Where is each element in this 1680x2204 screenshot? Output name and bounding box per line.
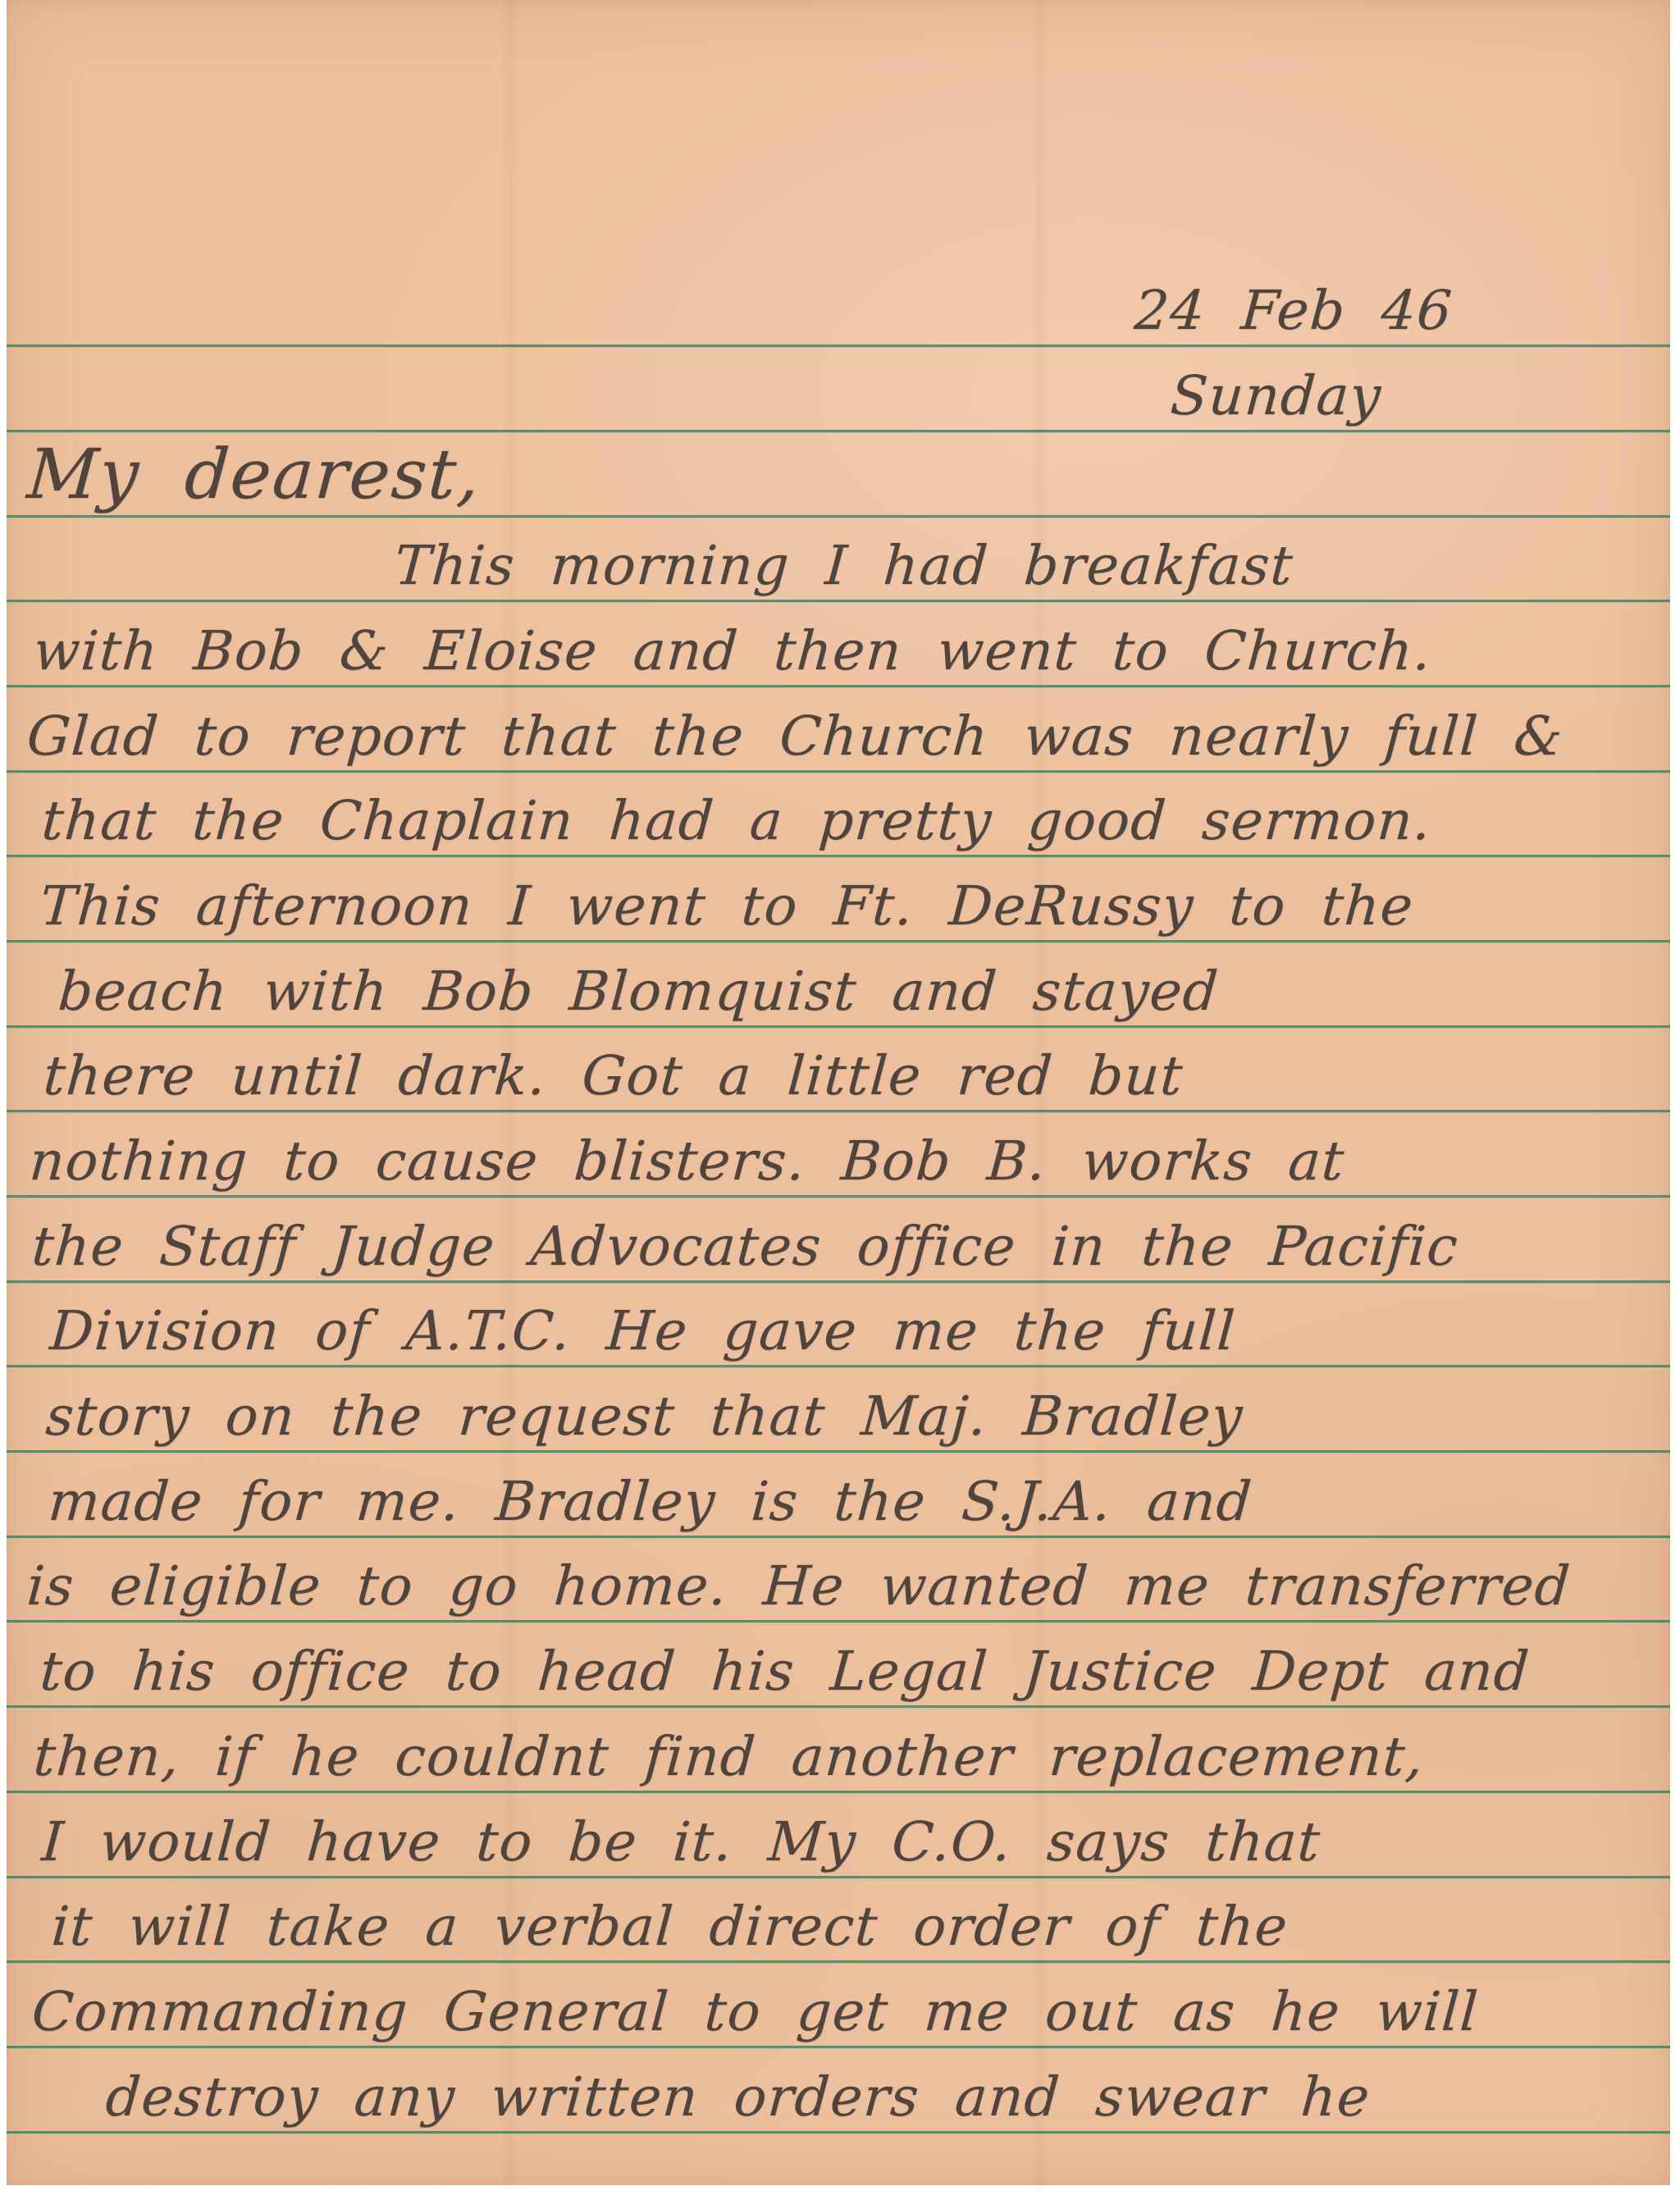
letter-day: Sunday	[1168, 361, 1384, 431]
rule-line	[7, 430, 1670, 432]
handwritten-line: story on the request that Maj. Bradley	[43, 1381, 1245, 1452]
handwritten-line: is eligible to go home. He wanted me tra…	[25, 1551, 1573, 1622]
handwritten-line: beach with Bob Blomquist and stayed	[56, 956, 1221, 1027]
handwritten-line: made for me. Bradley is the S.J.A. and	[46, 1467, 1255, 1537]
handwritten-line: This afternoon I went to Ft. DeRussy to …	[38, 871, 1416, 942]
rule-line	[7, 515, 1670, 518]
handwritten-line: Division of A.T.C. He gave me the full	[48, 1296, 1238, 1367]
handwritten-line: Commanding General to get me out as he w…	[30, 1977, 1481, 2047]
handwritten-line: to his office to head his Legal Justice …	[38, 1636, 1532, 1707]
handwritten-line: that the Chaplain had a pretty good serm…	[39, 786, 1434, 856]
handwritten-line: there until dark. Got a little red but	[41, 1041, 1185, 1111]
handwritten-line: then, if he couldnt find another replace…	[31, 1722, 1427, 1792]
handwritten-line: nothing to cause blisters. Bob B. works …	[27, 1126, 1347, 1197]
handwritten-line: the Staff Judge Advocates office in the …	[30, 1212, 1461, 1282]
handwritten-line: I would have to be it. My C.O. says that	[39, 1807, 1323, 1878]
handwritten-line: it will take a verbal direct order of th…	[49, 1891, 1290, 1962]
handwritten-line: Glad to report that the Church was nearl…	[25, 701, 1566, 772]
letter-paper: 24 Feb 46 Sunday My dearest, This mornin…	[7, 0, 1670, 2185]
handwritten-line: with Bob & Eloise and then went to Churc…	[31, 616, 1434, 687]
scanned-letter-page: 24 Feb 46 Sunday My dearest, This mornin…	[0, 0, 1680, 2204]
handwritten-line: destroy any written orders and swear he	[103, 2062, 1372, 2133]
handwritten-line: This morning I had breakfast	[392, 531, 1296, 601]
letter-date: 24 Feb 46	[1132, 276, 1455, 346]
letter-salutation: My dearest,	[25, 433, 484, 515]
